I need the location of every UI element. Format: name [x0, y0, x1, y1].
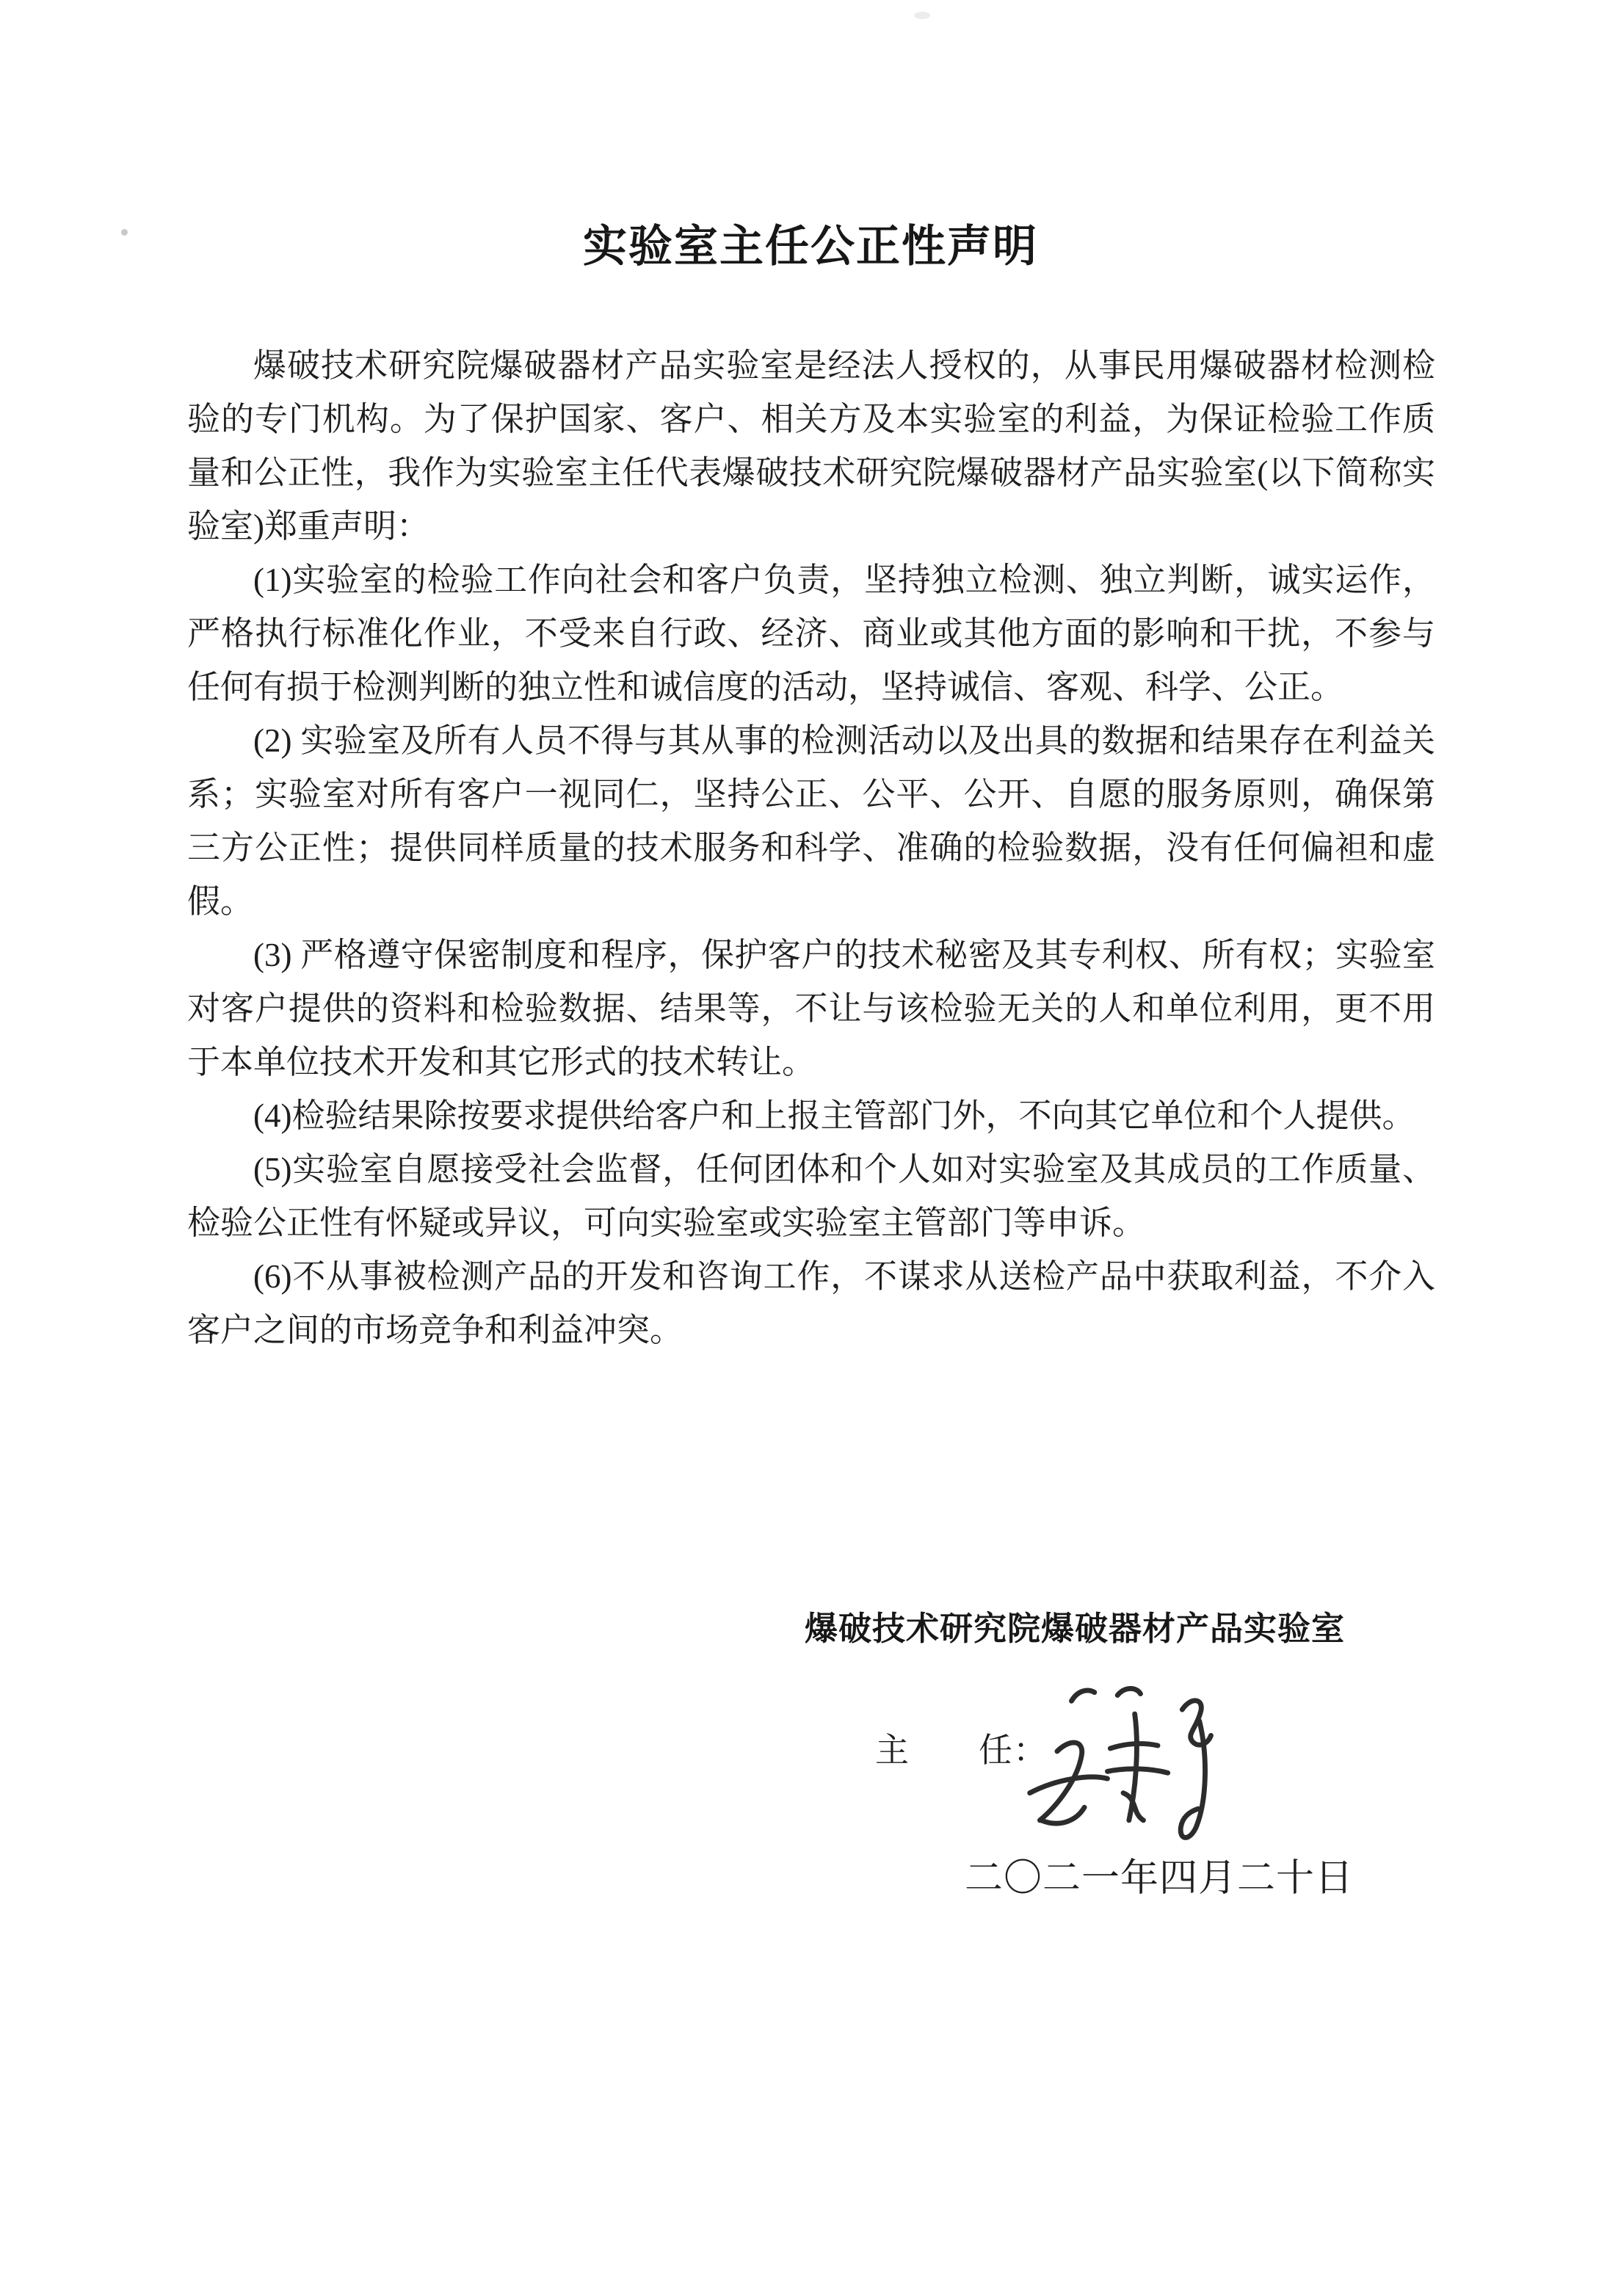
scan-speck: [914, 12, 930, 19]
scanned-document-page: 实验室主任公正性声明 爆破技术研究院爆破器材产品实验室是经法人授权的，从事民用爆…: [0, 0, 1621, 2296]
document-body: 爆破技术研究院爆破器材产品实验室是经法人授权的，从事民用爆破器材检测检验的专门机…: [187, 339, 1435, 1357]
paragraph-item-1: (1)实验室的检验工作向社会和客户负责，坚持独立检测、独立判断，诚实运作，严格执…: [187, 553, 1435, 714]
paragraph-item-2: (2) 实验室及所有人员不得与其从事的检测活动以及出具的数据和结果存在利益关系；…: [187, 714, 1435, 929]
document-title: 实验室主任公正性声明: [0, 211, 1621, 275]
paragraph-intro: 爆破技术研究院爆破器材产品实验室是经法人授权的，从事民用爆破器材检测检验的专门机…: [187, 339, 1435, 553]
handwritten-director-signature-icon: [1013, 1679, 1233, 1852]
paragraph-item-6: (6)不从事被检测产品的开发和咨询工作，不谋求从送检产品中获取利益，不介入客户之…: [187, 1250, 1435, 1357]
signature-organization: 爆破技术研究院爆破器材产品实验室: [805, 1602, 1345, 1649]
paragraph-item-5: (5)实验室自愿接受社会监督，任何团体和个人如对实验室及其成员的工作质量、检验公…: [187, 1143, 1435, 1250]
signature-date: 二〇二一年四月二十日: [965, 1847, 1354, 1902]
paragraph-item-3: (3) 严格遵守保密制度和程序，保护客户的技术秘密及其专利权、所有权；实验室对客…: [187, 929, 1435, 1089]
paragraph-item-4: (4)检验结果除按要求提供给客户和上报主管部门外，不向其它单位和个人提供。: [187, 1089, 1435, 1143]
